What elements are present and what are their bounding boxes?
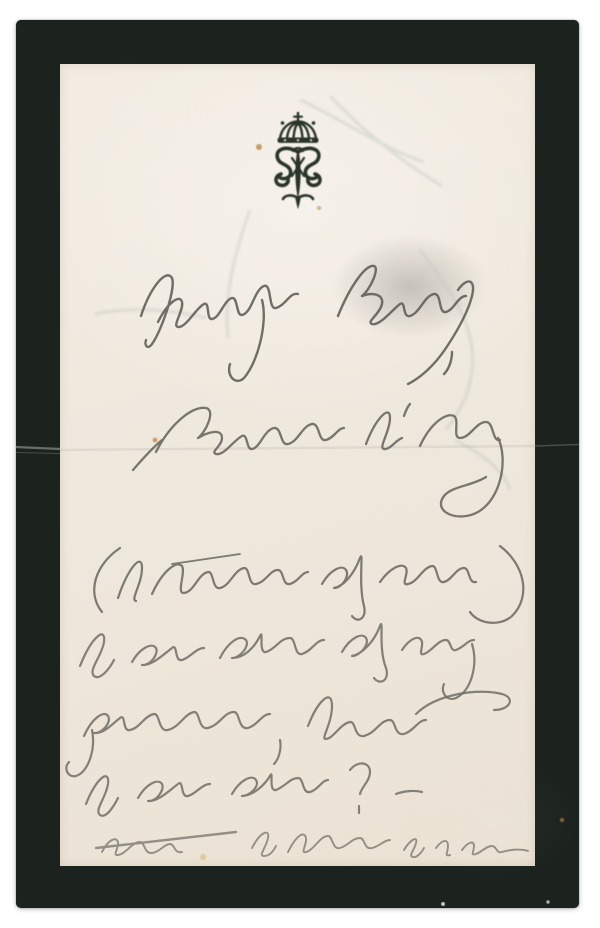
scan-background	[0, 0, 600, 928]
mourning-card	[16, 20, 579, 908]
letter-paper	[60, 64, 535, 866]
